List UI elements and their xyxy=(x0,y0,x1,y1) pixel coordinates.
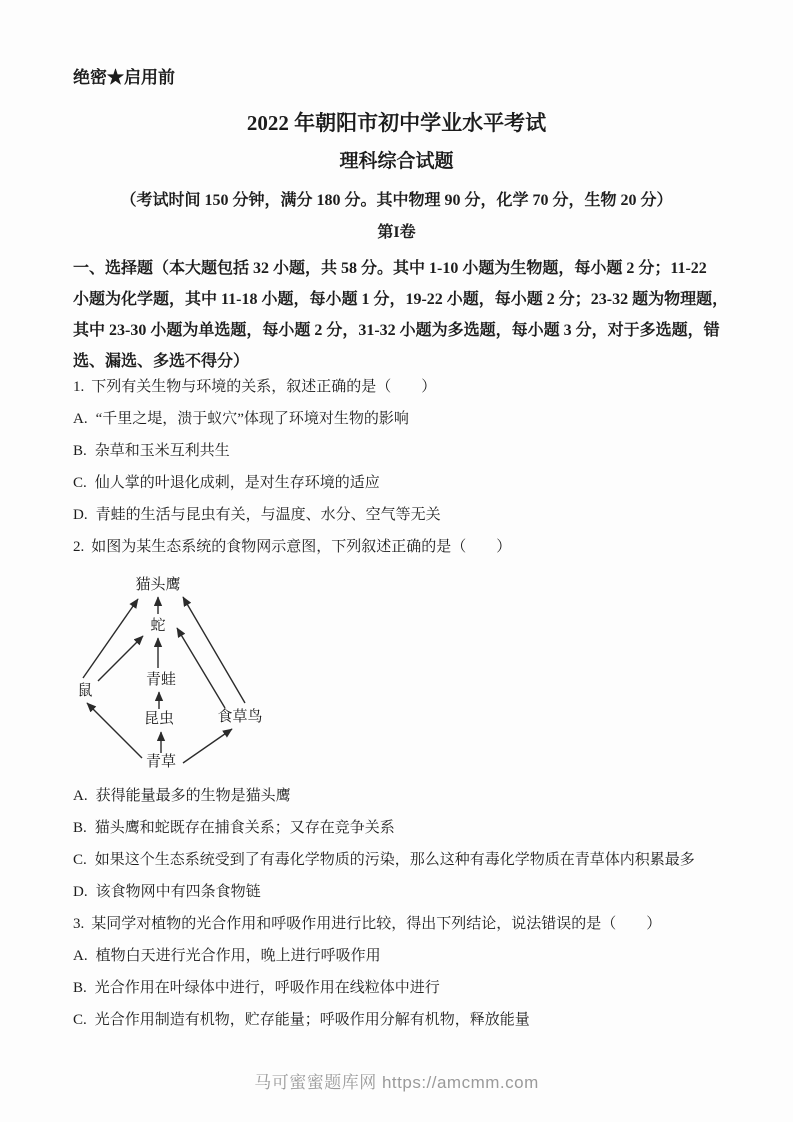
question-2-option-c: C.如果这个生态系统受到了有毒化学物质的污染，那么这种有毒化学物质在青草体内积累… xyxy=(73,852,733,869)
question-3: 3.某同学对植物的光合作用和呼吸作用进行比较，得出下列结论，说法错误的是（ ） … xyxy=(73,916,733,1029)
section-intro-line-2: 小题为化学题，其中 11-18 小题，每小题 1 分，19-22 小题，每小题 … xyxy=(73,284,733,315)
page-title: 2022 年朝阳市初中学业水平考试 xyxy=(0,112,793,134)
food-web-arrow-rat-to-owl xyxy=(83,599,138,678)
option-text: “千里之堤，溃于蚁穴”体现了环境对生物的影响 xyxy=(96,411,409,427)
question-3-option-a: A.植物白天进行光合作用，晚上进行呼吸作用 xyxy=(73,948,733,965)
section-intro-line-3: 其中 23-30 小题为单选题，每小题 2 分，31-32 小题为多选题，每小题… xyxy=(73,315,733,346)
option-label: C. xyxy=(73,475,87,491)
question-1-option-b: B.杂草和玉米互利共生 xyxy=(73,443,733,460)
question-stem: 如图为某生态系统的食物网示意图，下列叙述正确的是（ ） xyxy=(91,539,511,555)
exam-body: 一、选择题（本大题包括 32 小题，共 58 分。其中 1-10 小题为生物题，… xyxy=(73,253,733,1029)
question-2-stem-line: 2.如图为某生态系统的食物网示意图，下列叙述正确的是（ ） xyxy=(73,539,733,556)
option-text: 猫头鹰和蛇既存在捕食关系；又存在竞争关系 xyxy=(95,820,395,836)
question-1-option-d: D.青蛙的生活与昆虫有关，与温度、水分、空气等无关 xyxy=(73,507,733,524)
question-1-stem-line: 1.下列有关生物与环境的关系，叙述正确的是（ ） xyxy=(73,379,733,396)
food-web-node-snake: 蛇 xyxy=(150,617,165,634)
option-label: A. xyxy=(73,948,88,964)
option-text: 植物白天进行光合作用，晚上进行呼吸作用 xyxy=(96,948,381,964)
option-text: 杂草和玉米互利共生 xyxy=(95,443,230,459)
question-2: 2.如图为某生态系统的食物网示意图，下列叙述正确的是（ ） 猫头鹰蛇鼠青蛙昆虫食… xyxy=(73,539,733,901)
option-text: 光合作用在叶绿体中进行，呼吸作用在线粒体中进行 xyxy=(95,980,440,996)
exam-paper-page: 绝密★启用前 2022 年朝阳市初中学业水平考试 理科综合试题 （考试时间 15… xyxy=(0,0,793,1122)
question-stem: 下列有关生物与环境的关系，叙述正确的是（ ） xyxy=(91,379,436,395)
food-web-arrow-bird-to-owl xyxy=(183,597,245,703)
question-1: 1.下列有关生物与环境的关系，叙述正确的是（ ） A.“千里之堤，溃于蚁穴”体现… xyxy=(73,379,733,524)
food-web-node-owl: 猫头鹰 xyxy=(135,576,180,593)
option-text: 如果这个生态系统受到了有毒化学物质的污染，那么这种有毒化学物质在青草体内积累最多 xyxy=(95,852,695,868)
food-web-node-grass: 青草 xyxy=(146,752,176,770)
question-1-option-c: C.仙人掌的叶退化成刺，是对生存环境的适应 xyxy=(73,475,733,492)
option-label: A. xyxy=(73,411,88,427)
question-2-option-a: A.获得能量最多的生物是猫头鹰 xyxy=(73,788,733,805)
food-web-arrow-rat-to-snake xyxy=(98,636,143,681)
option-text: 光合作用制造有机物，贮存能量；呼吸作用分解有机物，释放能量 xyxy=(95,1012,530,1028)
option-text: 仙人掌的叶退化成刺，是对生存环境的适应 xyxy=(95,475,380,491)
food-web-arrow-grass-to-rat xyxy=(87,703,142,758)
option-text: 该食物网中有四条食物链 xyxy=(96,884,261,900)
food-web-node-insect: 昆虫 xyxy=(144,710,174,727)
option-label: D. xyxy=(73,884,88,900)
question-3-stem-line: 3.某同学对植物的光合作用和呼吸作用进行比较，得出下列结论，说法错误的是（ ） xyxy=(73,916,733,933)
section-intro-line-1: 一、选择题（本大题包括 32 小题，共 58 分。其中 1-10 小题为生物题，… xyxy=(73,253,733,284)
option-label: C. xyxy=(73,852,87,868)
question-number: 2. xyxy=(73,539,84,555)
option-label: A. xyxy=(73,788,88,804)
food-web-arrow-bird-to-snake xyxy=(177,628,225,708)
page-subtitle: 理科综合试题 xyxy=(0,152,793,172)
question-3-option-c: C.光合作用制造有机物，贮存能量；呼吸作用分解有机物，释放能量 xyxy=(73,1012,733,1029)
section-intro-line-4: 选、漏选、多选不得分） xyxy=(73,346,733,377)
question-2-option-b: B.猫头鹰和蛇既存在捕食关系；又存在竞争关系 xyxy=(73,820,733,837)
option-label: C. xyxy=(73,1012,87,1028)
food-web-node-rat: 鼠 xyxy=(77,682,92,699)
question-1-option-a: A.“千里之堤，溃于蚁穴”体现了环境对生物的影响 xyxy=(73,411,733,428)
option-label: B. xyxy=(73,820,87,836)
food-web-node-bird: 食草鸟 xyxy=(217,707,262,725)
volume-heading: 第I卷 xyxy=(0,224,793,241)
option-label: D. xyxy=(73,507,88,523)
food-web-diagram: 猫头鹰蛇鼠青蛙昆虫食草鸟青草 xyxy=(63,571,283,779)
food-web-node-frog: 青蛙 xyxy=(146,671,176,688)
option-text: 青蛙的生活与昆虫有关，与温度、水分、空气等无关 xyxy=(96,507,441,523)
option-text: 获得能量最多的生物是猫头鹰 xyxy=(96,788,291,804)
watermark-footer: 马可蜜蜜题库网 https://amcmm.com xyxy=(0,1068,793,1093)
question-stem: 某同学对植物的光合作用和呼吸作用进行比较，得出下列结论，说法错误的是（ ） xyxy=(91,916,661,932)
exam-info-line: （考试时间 150 分钟，满分 180 分。其中物理 90 分，化学 70 分，… xyxy=(0,192,793,210)
question-2-option-d: D.该食物网中有四条食物链 xyxy=(73,884,733,901)
question-number: 3. xyxy=(73,916,84,932)
secrecy-label: 绝密★启用前 xyxy=(73,69,793,87)
section-intro: 一、选择题（本大题包括 32 小题，共 58 分。其中 1-10 小题为生物题，… xyxy=(73,253,733,377)
question-number: 1. xyxy=(73,379,84,395)
food-web-figure: 猫头鹰蛇鼠青蛙昆虫食草鸟青草 xyxy=(63,571,283,779)
question-3-option-b: B.光合作用在叶绿体中进行，呼吸作用在线粒体中进行 xyxy=(73,980,733,997)
option-label: B. xyxy=(73,443,87,459)
food-web-arrow-grass-to-bird xyxy=(183,729,232,763)
option-label: B. xyxy=(73,980,87,996)
